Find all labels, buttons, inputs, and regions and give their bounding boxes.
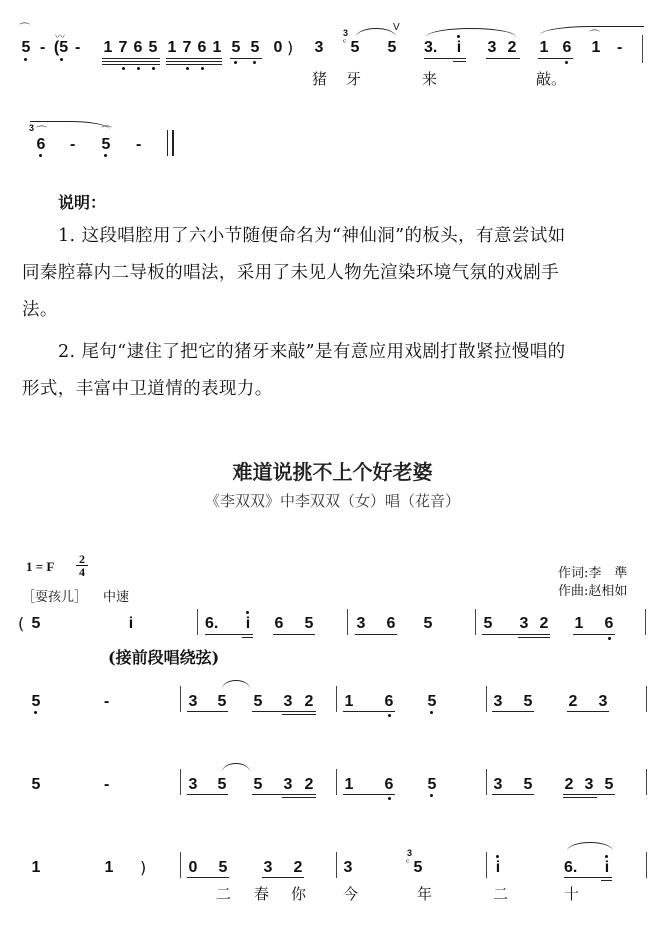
tune-name: ［耍孩儿］ — [22, 586, 87, 605]
note: 3 — [355, 616, 367, 632]
note: 3 — [262, 860, 274, 876]
note: 3 — [492, 694, 504, 710]
note: 6. — [205, 616, 227, 632]
fermata-icon: ⌒ — [19, 23, 30, 34]
grace-note: 3 — [29, 124, 34, 133]
note: 3 — [492, 777, 504, 793]
note: 5 — [522, 777, 534, 793]
note: 2 — [292, 860, 304, 876]
barline — [646, 852, 647, 878]
note: 2 — [538, 616, 550, 632]
lyric: 年 — [417, 886, 432, 902]
dash: - — [104, 694, 109, 710]
lyric: 你 — [291, 886, 306, 902]
note: 6 — [603, 616, 615, 632]
barline — [645, 609, 646, 635]
note: i — [601, 860, 613, 876]
final-barline — [167, 130, 174, 156]
lyricist: 作词:李 準 — [558, 562, 627, 581]
barline — [336, 769, 337, 795]
dash: - — [75, 40, 80, 56]
note: i — [453, 40, 465, 56]
slur — [426, 28, 516, 37]
note: 6 — [132, 40, 144, 56]
note: 5 — [422, 616, 434, 632]
dash: - — [617, 40, 622, 56]
lyric: 猪 — [312, 71, 327, 87]
barline — [486, 852, 487, 878]
note: 5 — [30, 777, 42, 793]
paragraph-2-line-1: 2. 尾句“逮住了把它的猪牙来敲”是有意应用戏剧打散紧拉慢唱的 — [58, 334, 658, 371]
note: 5 — [412, 860, 424, 876]
note: 5 — [216, 694, 228, 710]
barline — [336, 686, 337, 712]
barline — [646, 686, 647, 712]
close-paren: ) — [140, 860, 146, 876]
barline — [347, 609, 348, 635]
note: 5 — [252, 777, 264, 793]
note: 5 — [386, 40, 398, 56]
note: 2 — [567, 694, 579, 710]
note: 5 — [100, 137, 112, 153]
slur — [222, 680, 250, 689]
lyric: 今 — [343, 886, 358, 902]
song-subtitle: 《李双双》中李双双（女）唱（花音） — [0, 490, 665, 511]
barline — [486, 769, 487, 795]
barline — [642, 35, 643, 63]
barline — [475, 609, 476, 635]
composer: 作曲:赵相如 — [558, 580, 627, 599]
note: 5 — [426, 777, 438, 793]
dash: - — [104, 777, 109, 793]
note: 1 — [590, 40, 602, 56]
note: 5 — [303, 616, 315, 632]
tempo: 中速 — [103, 586, 129, 605]
note: 1 — [102, 40, 114, 56]
dash: - — [70, 137, 75, 153]
note: 5 — [30, 694, 42, 710]
note: 5 — [216, 777, 228, 793]
note: 3 — [597, 694, 609, 710]
note: 3 — [518, 616, 530, 632]
note: 0 — [272, 40, 284, 56]
lyric: 牙 — [346, 71, 361, 87]
note: 6 — [196, 40, 208, 56]
note: 1 — [343, 694, 355, 710]
key-signature: 1 = F — [26, 559, 54, 575]
note: 5 — [30, 616, 42, 632]
slur — [356, 28, 396, 37]
note: 3 — [282, 694, 294, 710]
explanation-heading: 说明： — [58, 190, 106, 213]
note: 5 — [482, 616, 494, 632]
lyric: 十 — [564, 886, 579, 902]
lyric: 二 — [493, 886, 508, 902]
barline — [336, 852, 337, 878]
note: 6 — [383, 777, 395, 793]
grace-note: 3 — [407, 849, 412, 858]
note: i — [125, 616, 137, 632]
song-title: 难道说挑不上个好老婆 — [0, 456, 665, 485]
note: 6 — [383, 694, 395, 710]
note: 1 — [211, 40, 223, 56]
barline — [180, 769, 181, 795]
dash: - — [40, 40, 45, 56]
paragraph-2-line-2: 形式，丰富中卫道情的表现力。 — [22, 371, 650, 408]
note: 3. — [424, 40, 444, 56]
lyric: 敲。 — [536, 71, 566, 87]
note: 5 — [230, 40, 242, 56]
barline — [486, 686, 487, 712]
note: 6 — [561, 40, 573, 56]
performance-note: (接前段唱绕弦) — [108, 645, 219, 668]
note: 5 — [252, 694, 264, 710]
note: i — [492, 860, 504, 876]
dash: - — [136, 137, 141, 153]
note: 6 — [385, 616, 397, 632]
note: 7 — [117, 40, 129, 56]
note: 3 — [486, 40, 498, 56]
barline — [180, 852, 181, 878]
note: 2 — [303, 777, 315, 793]
note: 1 — [573, 616, 585, 632]
paragraph-1-line-2: 同秦腔幕内二导板的唱法，采用了未见人物先渲染环境气氛的戏剧手 — [22, 255, 650, 292]
barline — [646, 769, 647, 795]
slur — [222, 763, 250, 772]
paragraph-1-line-1: 1. 这段唱腔用了六小节随便命名为“神仙洞”的板头，有意尝试如 — [58, 218, 658, 255]
note: 1 — [166, 40, 178, 56]
note: 1 — [103, 860, 115, 876]
lyric: 春 — [254, 886, 269, 902]
note: 3 — [187, 694, 199, 710]
paragraph-1-line-3: 法。 — [22, 292, 650, 329]
slur — [567, 842, 613, 851]
note: 3 — [313, 40, 325, 56]
note: 5 — [20, 40, 32, 56]
note: 5 — [249, 40, 261, 56]
close-paren: ) — [287, 40, 293, 56]
breath-mark-icon: V — [393, 22, 400, 33]
note: 5 — [349, 40, 361, 56]
note: 3 — [342, 860, 354, 876]
note: 7 — [181, 40, 193, 56]
note: 3 — [282, 777, 294, 793]
note: 1 — [343, 777, 355, 793]
note: 5 — [426, 694, 438, 710]
note: 6. — [564, 860, 586, 876]
barline — [180, 686, 181, 712]
note: 6 — [35, 137, 47, 153]
note: 2 — [506, 40, 518, 56]
barline — [197, 609, 198, 635]
note: 3 — [583, 777, 595, 793]
note: 5 — [147, 40, 159, 56]
note: 0 — [187, 860, 199, 876]
note: 2 — [303, 694, 315, 710]
grace-note: 3 — [343, 29, 348, 38]
note: 1 — [30, 860, 42, 876]
note: i — [242, 616, 254, 632]
note: 5 — [522, 694, 534, 710]
time-signature: 2 4 — [76, 553, 88, 578]
trill-icon: 〰 — [55, 28, 65, 43]
note: 3 — [187, 777, 199, 793]
lyric: 来 — [422, 71, 437, 87]
note: 6 — [273, 616, 285, 632]
lyric: 二 — [216, 886, 231, 902]
note: 1 — [538, 40, 550, 56]
note: 5 — [217, 860, 229, 876]
note: 5 — [603, 777, 615, 793]
note: 2 — [563, 777, 575, 793]
